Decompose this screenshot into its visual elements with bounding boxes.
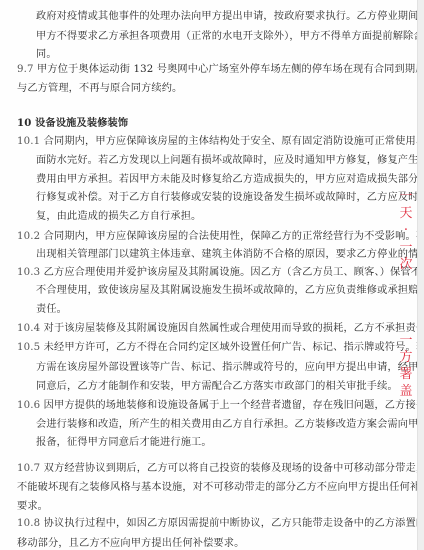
line-text: 未经甲方许可，乙方不得在合同约定区域外设置任何广告、标记、指示牌或符号。若乙 bbox=[44, 342, 424, 353]
line-text: 不能破坏现有之装修风格与基本设施，对不可移动带走的部分乙方不应向甲方提出任何补偿 bbox=[17, 482, 424, 493]
paragraph-line: 9.7 甲方位于奥体运动街 132 号奥网中心广场室外停车场左侧的停车场在现有合… bbox=[17, 64, 424, 76]
clause-number: 10.4 bbox=[17, 323, 44, 334]
line-text: 甲方不得要求乙方承担各项费用（正常的水电开支除外），甲方不得单方面提前解除合 bbox=[36, 31, 424, 42]
line-text: 政府对疫情或其他事件的处理办法向甲方提出申请，按政府要求执行。乙方停业期间， bbox=[36, 11, 424, 22]
paragraph-line: 10.1 合同期内，甲方应保障该房屋的主体结构处于安全、原有固定消防设施可正常使… bbox=[17, 136, 424, 148]
page-edge bbox=[417, 0, 424, 550]
paragraph-line: 10.4 对于该房屋装修及其附属设施因自然属性或合理使用而导致的损耗，乙方不承担… bbox=[17, 323, 424, 335]
line-text: 合同期内，甲方应保障该房屋的主体结构处于安全、原有固定消防设施可正常使用、屋 bbox=[44, 136, 424, 147]
paragraph-line: 与乙方管理，不再与原合同方续约。 bbox=[17, 83, 182, 95]
line-text: 方需在该房屋外部设置该等广告、标记、指示牌或符号的，应向甲方提出申请，经甲方 bbox=[36, 362, 424, 373]
line-text: 移动部分，且乙方不应向甲方提出任何补偿要求。 bbox=[17, 538, 244, 549]
margin-annotation-upper: 一天·一次 bbox=[398, 186, 414, 275]
line-text: 对于该房屋装修及其附属设施因自然属性或合理使用而导致的损耗，乙方不承担责任。 bbox=[44, 323, 424, 334]
line-text: 面防水完好。若乙方发现以上问题有损坏或故障时，应及时通知甲方修复，修复产生的 bbox=[36, 155, 424, 166]
line-text: 因甲方提供的场地装修和设施设备属于上一个经营者遗留，存在残旧问题，乙方接手后 bbox=[44, 400, 424, 411]
clause-number: 10.1 bbox=[17, 136, 44, 147]
paragraph-line: 同。 bbox=[36, 49, 57, 61]
paragraph-line: 行修复或补偿。对于乙方自行装修或安装的设施设备发生损坏或故障时，乙方应及时修 bbox=[36, 192, 424, 204]
line-text: 出现相关管理部门以建筑主体违章、建筑主体消防不合格的原因，要求乙方停业的情况。 bbox=[36, 249, 424, 260]
paragraph-line: 10.8 协议执行过程中，如因乙方原因需提前中断协议，乙方只能带走设备中的乙方添… bbox=[17, 518, 424, 530]
document-page: 政府对疫情或其他事件的处理办法向甲方提出申请，按政府要求执行。乙方停业期间，甲方… bbox=[0, 0, 418, 550]
paragraph-line: 同意后，乙方才能制作和安装，甲方需配合乙方落实市政部门的相关审批手续。 bbox=[36, 381, 398, 393]
paragraph-line: 10.5 未经甲方许可，乙方不得在合同约定区域外设置任何广告、标记、指示牌或符号… bbox=[17, 342, 424, 354]
line-text: 报备，征得甲方同意后才能进行施工。 bbox=[36, 437, 212, 448]
paragraph-line: 要求。 bbox=[17, 501, 48, 513]
paragraph-line: 甲方不得要求乙方承担各项费用（正常的水电开支除外），甲方不得单方面提前解除合 bbox=[36, 31, 424, 43]
clause-number: 9.7 bbox=[17, 64, 37, 75]
line-text: 甲方位于奥体运动街 132 号奥网中心广场室外停车场左侧的停车场在现有合同到期后… bbox=[37, 64, 424, 75]
paragraph-line: 10.3 乙方应合理使用并爱护该房屋及其附属设施。因乙方（含乙方员工、顾客、）保… bbox=[17, 267, 424, 279]
paragraph-line: 费用由甲方承担。若因甲方未能及时修复给乙方造成损失的，甲方应对造成损失部分进 bbox=[36, 174, 424, 186]
line-text: 与乙方管理，不再与原合同方续约。 bbox=[17, 83, 182, 94]
paragraph-line: 会进行装修和改造，所产生的相关费用由乙方自行承担。乙方装修改造方案会需向甲方 bbox=[36, 419, 424, 431]
paragraph-line: 移动部分，且乙方不应向甲方提出任何补偿要求。 bbox=[17, 538, 244, 550]
paragraph-line: 10.6 因甲方提供的场地装修和设施设备属于上一个经营者遗留，存在残旧问题，乙方… bbox=[17, 400, 424, 412]
line-text: 要求。 bbox=[17, 501, 48, 512]
line-text: 双方经营协议到期后，乙方可以将自己投资的装修及现场的设备中可移动部分带走，但 bbox=[44, 463, 424, 474]
line-text: 行修复或补偿。对于乙方自行装修或安装的设施设备发生损坏或故障时，乙方应及时修 bbox=[36, 192, 424, 203]
paragraph-line: 方需在该房屋外部设置该等广告、标记、指示牌或符号的，应向甲方提出申请，经甲方 bbox=[36, 362, 424, 374]
line-text: 复，由此造成的损失乙方自行承担。 bbox=[36, 211, 201, 222]
line-text: 会进行装修和改造，所产生的相关费用由乙方自行承担。乙方装修改造方案会需向甲方 bbox=[36, 419, 424, 430]
line-text: 合同期内，甲方应保障该房屋的合法使用性，保障乙方的正常经营行为不受影响。不能 bbox=[44, 231, 424, 242]
paragraph-line: 不合理使用，致使该房屋及其附属设施发生损坏或故障的，乙方应负责维修或承担赔偿 bbox=[36, 285, 424, 297]
clause-number: 10.8 bbox=[17, 518, 44, 529]
paragraph-line: 责任。 bbox=[36, 304, 67, 316]
line-text: 不合理使用，致使该房屋及其附属设施发生损坏或故障的，乙方应负责维修或承担赔偿 bbox=[36, 285, 424, 296]
paragraph-line: 出现相关管理部门以建筑主体违章、建筑主体消防不合格的原因，要求乙方停业的情况。 bbox=[36, 249, 424, 261]
clause-number: 10.3 bbox=[17, 267, 44, 278]
clause-number: 10.7 bbox=[17, 463, 44, 474]
paragraph-line: 10.2 合同期内，甲方应保障该房屋的合法使用性，保障乙方的正常经营行为不受影响… bbox=[17, 231, 424, 243]
section-heading: 10 设备设施及装修装饰 bbox=[17, 117, 128, 129]
line-text: 乙方应合理使用并爱护该房屋及其附属设施。因乙方（含乙方员工、顾客、）保管不当或 bbox=[44, 267, 424, 278]
paragraph-line: 政府对疫情或其他事件的处理办法向甲方提出申请，按政府要求执行。乙方停业期间， bbox=[36, 11, 424, 23]
clause-number: 10.2 bbox=[17, 231, 44, 242]
paragraph-line: 不能破坏现有之装修风格与基本设施，对不可移动带走的部分乙方不应向甲方提出任何补偿 bbox=[17, 482, 424, 494]
line-text: 责任。 bbox=[36, 304, 67, 315]
line-text: 10 设备设施及装修装饰 bbox=[17, 117, 128, 129]
line-text: 费用由甲方承担。若因甲方未能及时修复给乙方造成损失的，甲方应对造成损失部分进 bbox=[36, 174, 424, 185]
clause-number: 10.5 bbox=[17, 342, 44, 353]
paragraph-line: 10.7 双方经营协议到期后，乙方可以将自己投资的装修及现场的设备中可移动部分带… bbox=[17, 463, 424, 475]
paragraph-line: 面防水完好。若乙方发现以上问题有损坏或故障时，应及时通知甲方修复，修复产生的 bbox=[36, 155, 424, 167]
clause-number: 10.6 bbox=[17, 400, 44, 411]
line-text: 协议执行过程中，如因乙方原因需提前中断协议，乙方只能带走设备中的乙方添置的可 bbox=[44, 518, 424, 529]
line-text: 同。 bbox=[36, 49, 57, 60]
paragraph-line: 复，由此造成的损失乙方自行承担。 bbox=[36, 211, 201, 223]
line-text: 同意后，乙方才能制作和安装，甲方需配合乙方落实市政部门的相关审批手续。 bbox=[36, 381, 398, 392]
paragraph-line: 报备，征得甲方同意后才能进行施工。 bbox=[36, 437, 212, 449]
margin-annotation-lower: 一方署盖 bbox=[398, 330, 414, 402]
